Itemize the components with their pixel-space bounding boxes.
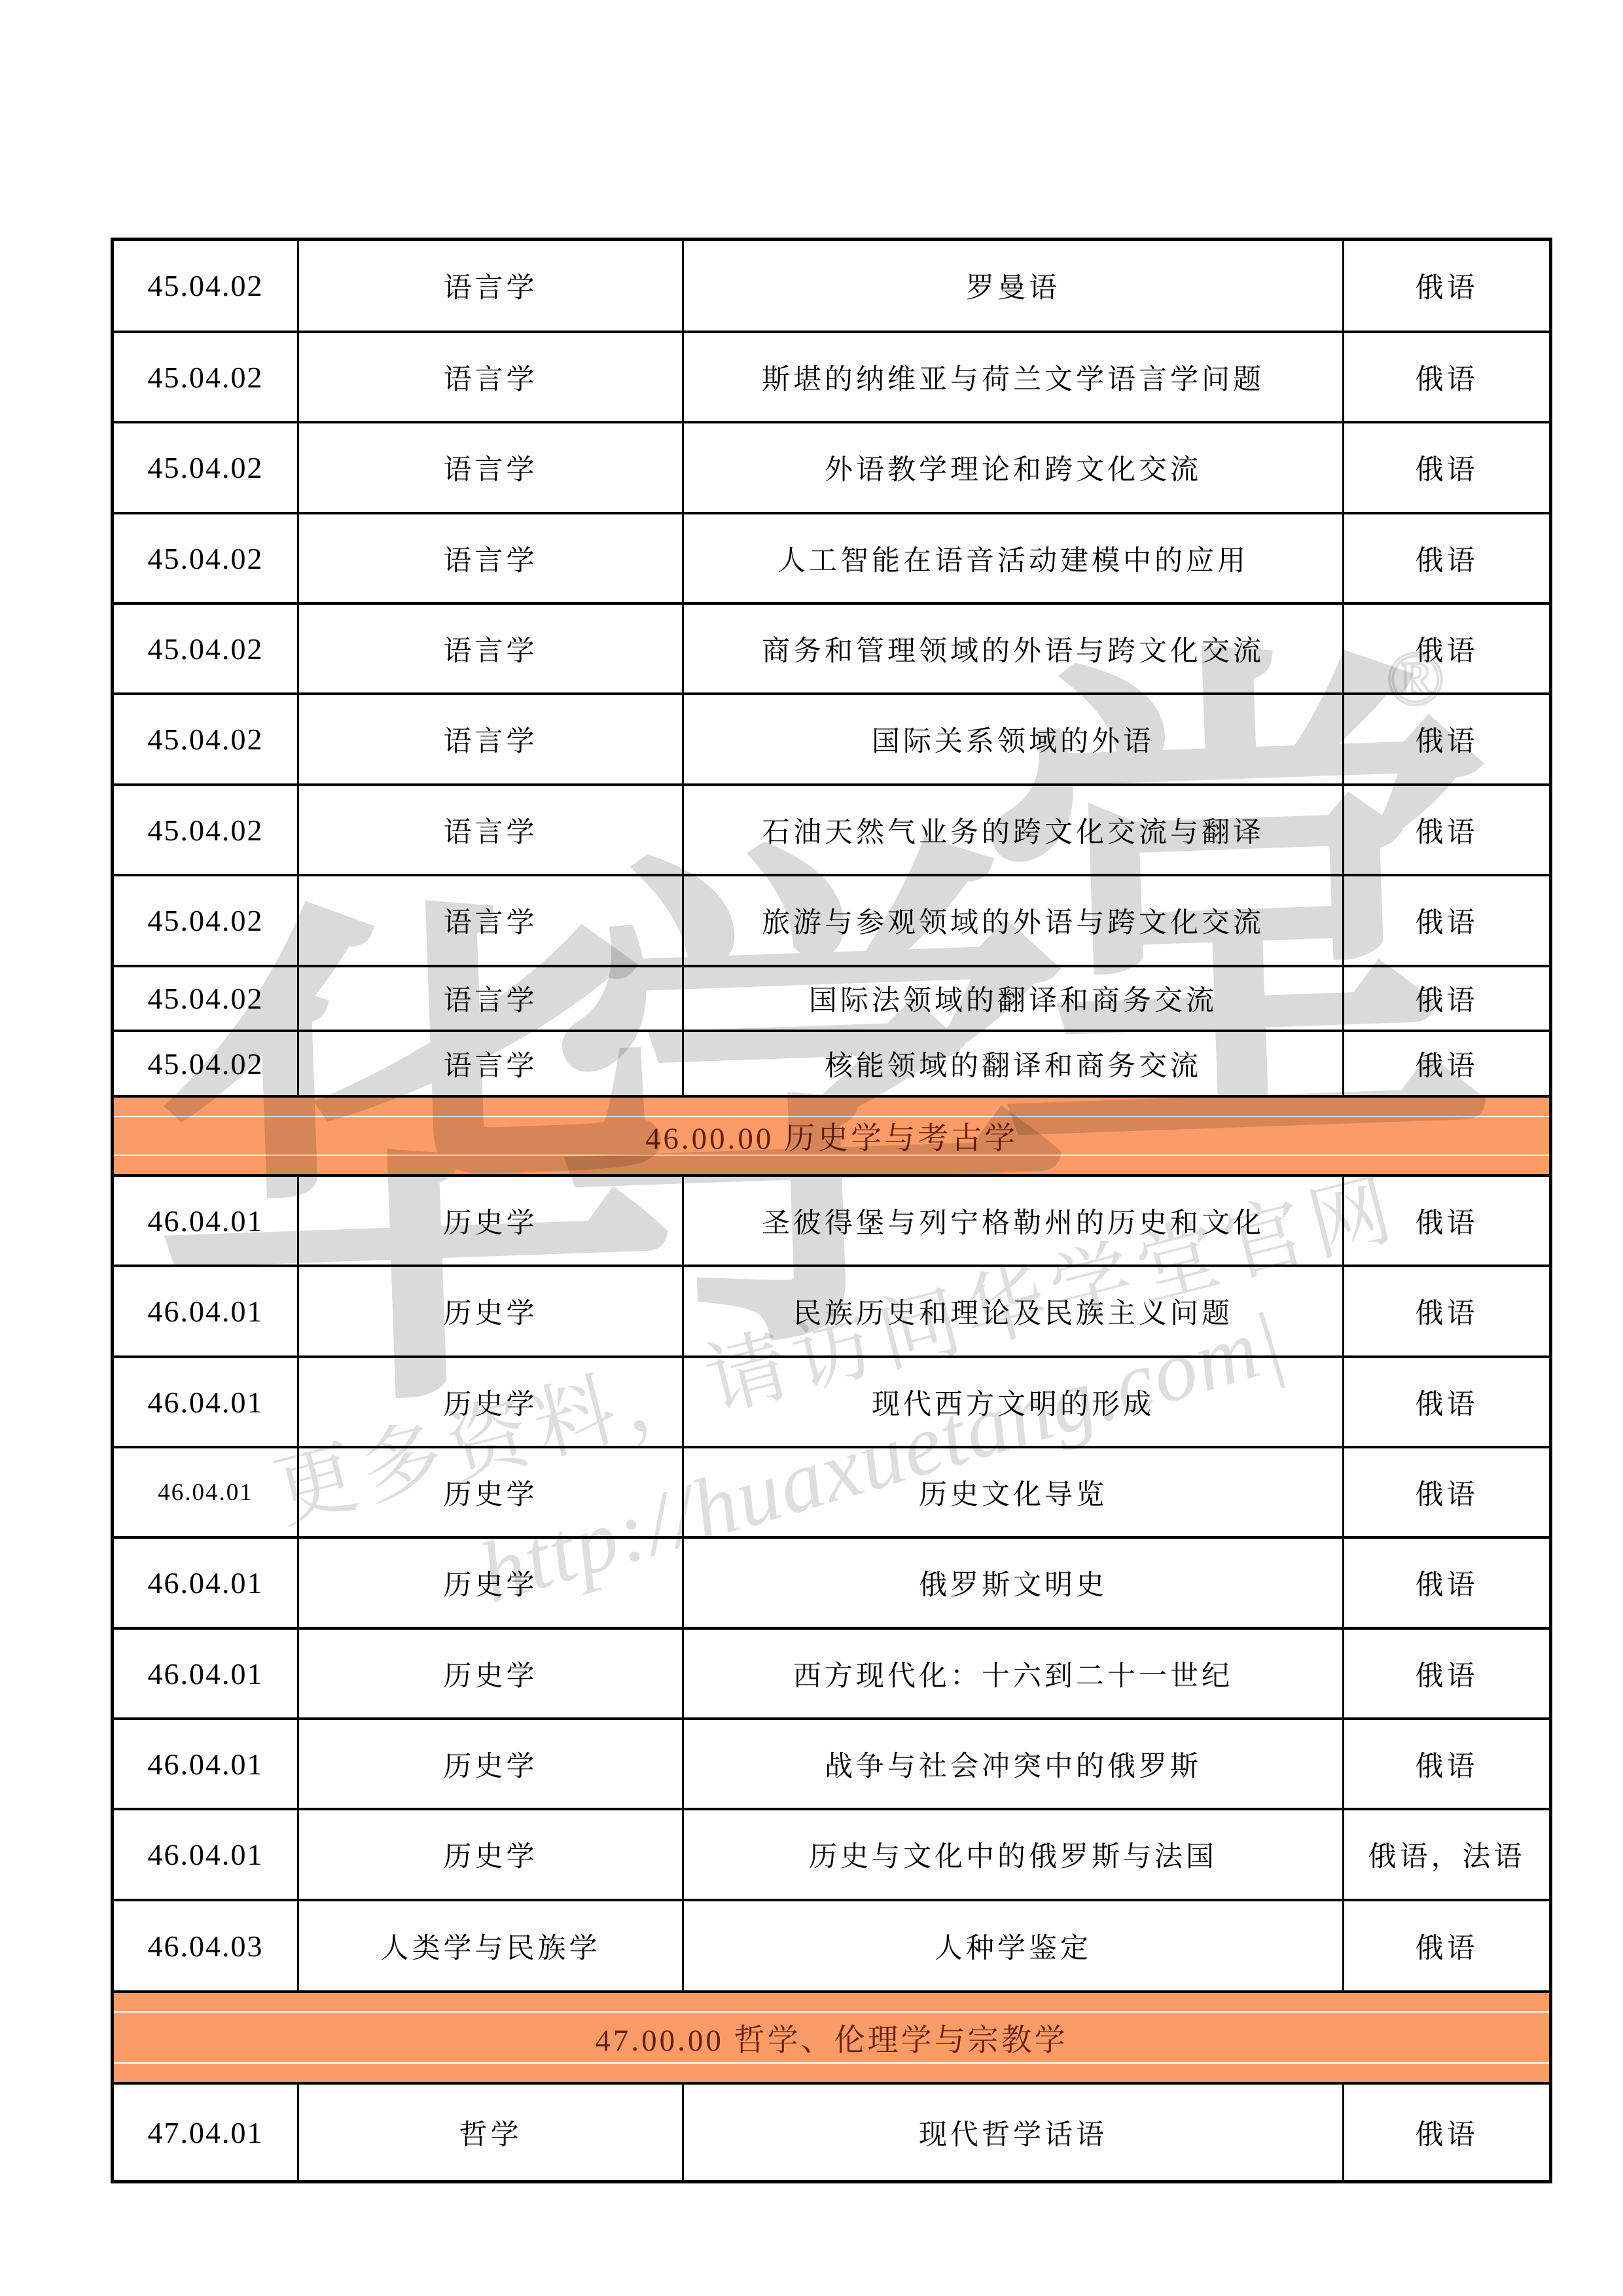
programs-table: 45.04.02语言学罗曼语俄语45.04.02语言学斯堪的纳维亚与荷兰文学语言…	[111, 238, 1552, 2183]
field-cell: 语言学	[299, 695, 684, 783]
code-cell: 46.04.03	[114, 1901, 299, 1990]
field-cell: 历史学	[299, 1539, 684, 1627]
field-cell: 历史学	[299, 1448, 684, 1536]
language-cell: 俄语	[1344, 1358, 1549, 1446]
code-cell: 45.04.02	[114, 514, 299, 602]
code-cell: 45.04.02	[114, 241, 299, 331]
program-cell: 历史与文化中的俄罗斯与法国	[684, 1810, 1344, 1899]
document-page: 45.04.02语言学罗曼语俄语45.04.02语言学斯堪的纳维亚与荷兰文学语言…	[0, 0, 1623, 2296]
field-cell: 历史学	[299, 1177, 684, 1265]
language-cell: 俄语	[1344, 1267, 1549, 1355]
code-cell: 45.04.02	[114, 876, 299, 965]
table-row: 45.04.02语言学外语教学理论和跨文化交流俄语	[114, 423, 1549, 514]
field-cell: 语言学	[299, 1032, 684, 1095]
field-cell: 历史学	[299, 1630, 684, 1717]
language-cell: 俄语	[1344, 605, 1549, 692]
program-cell: 罗曼语	[684, 241, 1344, 331]
table-row: 45.04.02语言学罗曼语俄语	[114, 241, 1549, 333]
field-cell: 哲学	[299, 2085, 684, 2180]
language-cell: 俄语	[1344, 967, 1549, 1030]
field-cell: 语言学	[299, 786, 684, 874]
program-cell: 人工智能在语音活动建模中的应用	[684, 514, 1344, 602]
code-cell: 46.04.01	[114, 1448, 299, 1536]
table-row: 46.04.01历史学历史文化导览俄语	[114, 1448, 1549, 1539]
code-cell: 45.04.02	[114, 695, 299, 783]
code-cell: 46.04.01	[114, 1177, 299, 1265]
language-cell: 俄语	[1344, 1448, 1549, 1536]
table-row: 45.04.02语言学石油天然气业务的跨文化交流与翻译俄语	[114, 786, 1549, 876]
field-cell: 语言学	[299, 423, 684, 512]
code-cell: 46.04.01	[114, 1267, 299, 1355]
language-cell: 俄语	[1344, 2085, 1549, 2180]
table-row: 46.04.01历史学历史与文化中的俄罗斯与法国俄语，法语	[114, 1810, 1549, 1901]
field-cell: 语言学	[299, 605, 684, 692]
program-cell: 外语教学理论和跨文化交流	[684, 423, 1344, 512]
code-cell: 45.04.02	[114, 786, 299, 874]
program-cell: 战争与社会冲突中的俄罗斯	[684, 1720, 1344, 1808]
section-header-label: 47.00.00 哲学、伦理学与宗教学	[595, 2016, 1067, 2060]
code-cell: 46.04.01	[114, 1358, 299, 1446]
table-row: 46.04.01历史学西方现代化：十六到二十一世纪俄语	[114, 1630, 1549, 1720]
language-cell: 俄语	[1344, 1630, 1549, 1717]
code-cell: 47.04.01	[114, 2085, 299, 2180]
program-cell: 现代哲学话语	[684, 2085, 1344, 2180]
code-cell: 46.04.01	[114, 1720, 299, 1808]
language-cell: 俄语	[1344, 333, 1549, 421]
language-cell: 俄语	[1344, 1177, 1549, 1265]
table-row: 46.04.01历史学俄罗斯文明史俄语	[114, 1539, 1549, 1630]
code-cell: 46.04.01	[114, 1810, 299, 1899]
table-row: 46.04.01历史学圣彼得堡与列宁格勒州的历史和文化俄语	[114, 1177, 1549, 1267]
program-cell: 人种学鉴定	[684, 1901, 1344, 1990]
code-cell: 45.04.02	[114, 1032, 299, 1095]
field-cell: 语言学	[299, 967, 684, 1030]
section-header-row: 46.00.00 历史学与考古学	[114, 1098, 1549, 1177]
language-cell: 俄语	[1344, 1720, 1549, 1808]
section-header-label: 46.00.00 历史学与考古学	[645, 1114, 1018, 1158]
table-row: 45.04.02语言学斯堪的纳维亚与荷兰文学语言学问题俄语	[114, 333, 1549, 423]
language-cell: 俄语	[1344, 1901, 1549, 1990]
table-row: 46.04.01历史学民族历史和理论及民族主义问题俄语	[114, 1267, 1549, 1358]
program-cell: 国际关系领域的外语	[684, 695, 1344, 783]
program-cell: 国际法领域的翻译和商务交流	[684, 967, 1344, 1030]
field-cell: 语言学	[299, 241, 684, 331]
field-cell: 语言学	[299, 876, 684, 965]
program-cell: 斯堪的纳维亚与荷兰文学语言学问题	[684, 333, 1344, 421]
language-cell: 俄语	[1344, 1539, 1549, 1627]
program-cell: 现代西方文明的形成	[684, 1358, 1344, 1446]
code-cell: 45.04.02	[114, 967, 299, 1030]
program-cell: 圣彼得堡与列宁格勒州的历史和文化	[684, 1177, 1344, 1265]
field-cell: 历史学	[299, 1358, 684, 1446]
table-row: 45.04.02语言学国际关系领域的外语俄语	[114, 695, 1549, 786]
field-cell: 历史学	[299, 1267, 684, 1355]
field-cell: 历史学	[299, 1810, 684, 1899]
table-row: 46.04.03人类学与民族学人种学鉴定俄语	[114, 1901, 1549, 1993]
table-row: 45.04.02语言学商务和管理领域的外语与跨文化交流俄语	[114, 605, 1549, 695]
code-cell: 45.04.02	[114, 423, 299, 512]
language-cell: 俄语	[1344, 1032, 1549, 1095]
code-cell: 45.04.02	[114, 333, 299, 421]
language-cell: 俄语，法语	[1344, 1810, 1549, 1899]
language-cell: 俄语	[1344, 786, 1549, 874]
field-cell: 人类学与民族学	[299, 1901, 684, 1990]
code-cell: 46.04.01	[114, 1630, 299, 1717]
table-row: 45.04.02语言学人工智能在语音活动建模中的应用俄语	[114, 514, 1549, 605]
language-cell: 俄语	[1344, 876, 1549, 965]
table-row: 45.04.02语言学旅游与参观领域的外语与跨文化交流俄语	[114, 876, 1549, 967]
program-cell: 旅游与参观领域的外语与跨文化交流	[684, 876, 1344, 965]
code-cell: 46.04.01	[114, 1539, 299, 1627]
program-cell: 石油天然气业务的跨文化交流与翻译	[684, 786, 1344, 874]
language-cell: 俄语	[1344, 423, 1549, 512]
program-cell: 俄罗斯文明史	[684, 1539, 1344, 1627]
program-cell: 商务和管理领域的外语与跨文化交流	[684, 605, 1344, 692]
field-cell: 语言学	[299, 333, 684, 421]
section-header-row: 47.00.00 哲学、伦理学与宗教学	[114, 1993, 1549, 2085]
program-cell: 民族历史和理论及民族主义问题	[684, 1267, 1344, 1355]
program-cell: 核能领域的翻译和商务交流	[684, 1032, 1344, 1095]
code-cell: 45.04.02	[114, 605, 299, 692]
table-row: 46.04.01历史学战争与社会冲突中的俄罗斯俄语	[114, 1720, 1549, 1810]
table-row: 46.04.01历史学现代西方文明的形成俄语	[114, 1358, 1549, 1448]
table-row: 45.04.02语言学核能领域的翻译和商务交流俄语	[114, 1032, 1549, 1098]
field-cell: 语言学	[299, 514, 684, 602]
language-cell: 俄语	[1344, 241, 1549, 331]
table-row: 47.04.01哲学现代哲学话语俄语	[114, 2085, 1549, 2180]
table-row: 45.04.02语言学国际法领域的翻译和商务交流俄语	[114, 967, 1549, 1032]
program-cell: 西方现代化：十六到二十一世纪	[684, 1630, 1344, 1717]
language-cell: 俄语	[1344, 695, 1549, 783]
field-cell: 历史学	[299, 1720, 684, 1808]
language-cell: 俄语	[1344, 514, 1549, 602]
program-cell: 历史文化导览	[684, 1448, 1344, 1536]
